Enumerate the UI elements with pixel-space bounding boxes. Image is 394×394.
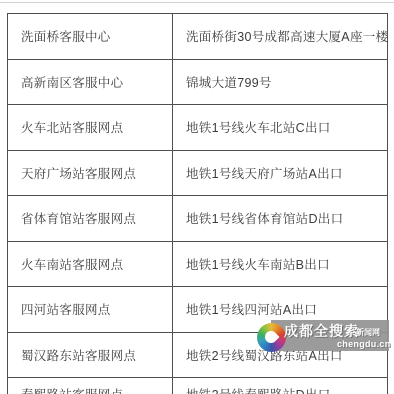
service-point-cell: 四河站客服网点 (8, 287, 173, 332)
watermark-title: 成都全搜索 (284, 321, 359, 341)
service-point-cell: 春熙路站客服网点 (8, 378, 173, 394)
table-row: 洗面桥客服中心洗面桥街30号成都高速大厦A座一楼 (8, 14, 387, 60)
watermark-subtitle: 新闻网 (356, 327, 380, 338)
table-row: 天府广场站客服网点地铁1号线天府广场站A出口 (8, 151, 387, 197)
address-cell: 锦城大道799号 (173, 60, 387, 105)
service-point-cell: 蜀汉路东站客服网点 (8, 333, 173, 378)
table-row: 高新南区客服中心锦城大道799号 (8, 60, 387, 106)
page: 洗面桥客服中心洗面桥街30号成都高速大厦A座一楼高新南区客服中心锦城大道799号… (0, 0, 394, 394)
address-cell: 洗面桥街30号成都高速大厦A座一楼 (173, 14, 387, 59)
table-row: 省体育馆站客服网点地铁1号线省体育馆站D出口 (8, 196, 387, 242)
table-row: 火车南站客服网点地铁1号线火车南站B出口 (8, 242, 387, 288)
watermark-domain: chengdu.cn (337, 339, 391, 349)
address-cell: 地铁1号线天府广场站A出口 (173, 151, 387, 196)
rainbow-pinwheel-icon (257, 323, 286, 352)
table-row: 春熙路站客服网点地铁2号线春熙路站D出口 (8, 378, 387, 394)
address-cell: 地铁1号线省体育馆站D出口 (173, 196, 387, 241)
address-cell: 地铁2号线春熙路站D出口 (173, 378, 387, 394)
service-point-cell: 洗面桥客服中心 (8, 14, 173, 59)
table-row: 火车北站客服网点地铁1号线火车北站C出口 (8, 105, 387, 151)
service-point-cell: 火车南站客服网点 (8, 242, 173, 287)
address-cell: 地铁1号线火车北站C出口 (173, 105, 387, 150)
cropped-row-border (0, 2, 394, 3)
service-point-cell: 火车北站客服网点 (8, 105, 173, 150)
service-point-cell: 天府广场站客服网点 (8, 151, 173, 196)
service-point-cell: 省体育馆站客服网点 (8, 196, 173, 241)
service-point-cell: 高新南区客服中心 (8, 60, 173, 105)
address-cell: 地铁1号线火车南站B出口 (173, 242, 387, 287)
